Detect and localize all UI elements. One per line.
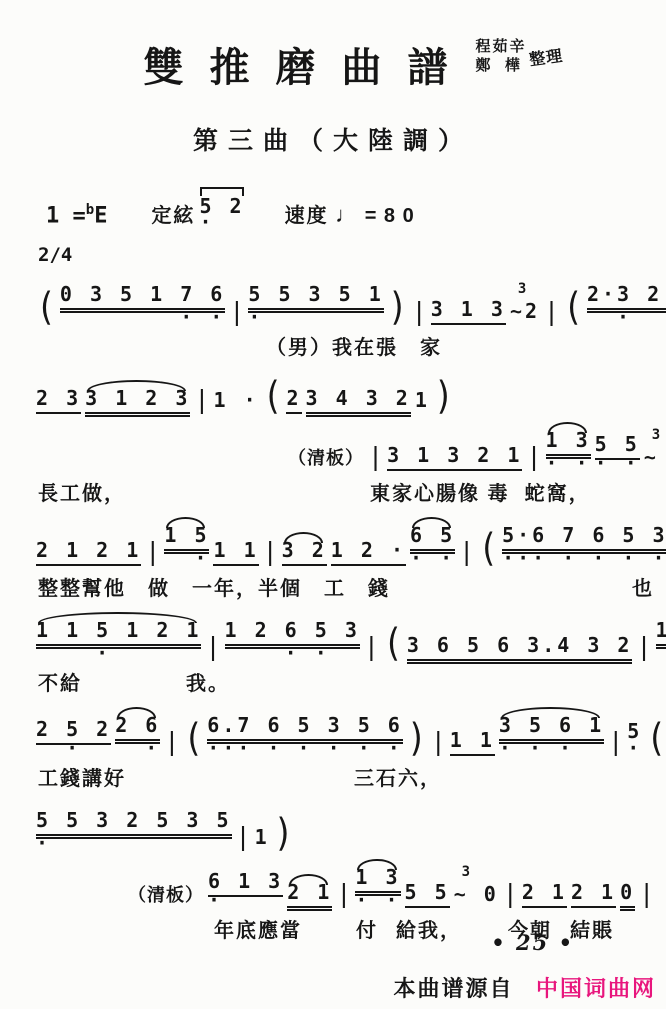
note-group: 1 2 · (331, 540, 406, 566)
section-label: （清板） (128, 886, 204, 908)
note-group: 1 1 (213, 540, 258, 566)
key-tempo-line: 1 =bE 定絃 5 2 · 速度 ♩ = 8 0 (46, 187, 648, 228)
source-prefix: 本曲谱源自 (394, 976, 514, 1001)
note-group: 1 6 1 2 3 · (656, 620, 666, 661)
note-group: 3 1 3 2 1 (387, 445, 522, 471)
lyric-segment: 長工做， (38, 477, 126, 506)
barline: | (368, 444, 383, 470)
octave-dots: · · (595, 460, 640, 471)
lyric-segment: 也 (632, 572, 654, 601)
page-title: 雙推磨曲譜 (143, 36, 473, 93)
note-group: 5 5 3 5 1· (248, 284, 383, 325)
lyric-row: 長工做，東家心腸像 毒 蛇窩， (18, 475, 648, 509)
lyric-segment: 給我， (396, 914, 462, 943)
note-group: 1 · (213, 390, 258, 414)
music-row: （清板）|3 1 3 2 1|1 3· ·5 5· ·3∼ 0| (286, 414, 648, 471)
ornament-number: 3 (518, 281, 526, 297)
barline: | (229, 299, 244, 325)
lyric-segment: 東家心腸像 毒 蛇窩， (370, 477, 591, 506)
lyric-row: （男）我在張 家 (18, 329, 648, 363)
tuning: 定絃 5 2 · (151, 187, 244, 228)
barline: | (608, 729, 623, 755)
note-group: 5 5 (405, 882, 450, 908)
music-row: （清板）6 1 3·2 1|1 3· ·5 53∼ 0|2 12 10| (126, 851, 648, 908)
paren: ) (434, 379, 454, 414)
note-group: 0 (620, 882, 635, 908)
lyric-row: 不給我。 (18, 665, 648, 699)
note-group: 0 3 5 1 7 6 · · (60, 284, 225, 325)
barline: | (263, 539, 278, 565)
note-group: 3∼ 0 (454, 884, 499, 908)
note-group: 3 4 3 2 (306, 388, 411, 414)
barline: | (205, 634, 220, 660)
barline: | (236, 824, 251, 850)
note-group: 6 5· · (410, 525, 455, 566)
note-group: 3∼2 (510, 301, 540, 325)
ornament-number: 3 (652, 427, 660, 443)
paren: ( (646, 721, 666, 756)
arranger-names: 程茹辛 鄭 樺 (475, 38, 526, 76)
note-group: 2 (286, 388, 301, 414)
note-group: 2·3 2 5 6 1 2 · (587, 284, 666, 325)
music-row: 1 1 5 1 2 1 ·|1 2 6 5 3 · ·|(3 6 5 6 3.4… (34, 604, 648, 661)
note-group: 2 3 (36, 388, 81, 414)
paren: ( (383, 626, 403, 661)
note-group: 2 5 2 · (36, 719, 111, 756)
arranger-role: 整理 (527, 43, 564, 71)
music-row: 5 5 3 2 5 3 5·|1) (34, 794, 648, 851)
tempo: 速度 ♩ = 8 0 (285, 199, 415, 228)
note-group: 2 1 (287, 882, 332, 908)
barline: | (336, 881, 351, 907)
music-row: (0 3 5 1 7 6 · ·|5 5 3 5 1·)|3 1 33∼2|(2… (34, 268, 648, 325)
lyric-row: 整整幫他 做 一年，半個 工 錢也 (18, 570, 648, 604)
note-group: 5·6 7 6 5 3 5 6··· · · · · · · (502, 525, 666, 566)
note-group: 3 1 3 (431, 299, 506, 325)
barline: | (636, 634, 651, 660)
paren: ( (478, 531, 498, 566)
paren: ( (183, 721, 203, 756)
lyric-segment: 我。 (186, 667, 230, 696)
note-group: 3 2 (282, 540, 327, 566)
paren: ) (407, 721, 427, 756)
paren: ) (274, 816, 294, 851)
source-site-name: 中国词曲网 (536, 976, 656, 1001)
key-signature: 1 =bE (46, 202, 107, 228)
lyric-segment: 年底應當 (214, 914, 302, 943)
music-row: 2 33 1 2 3|1 ·(23 4 3 21) (34, 363, 648, 414)
lyric-segment: 工錢講好 (38, 762, 126, 791)
note-group: 1 1 5 1 2 1 · (36, 620, 201, 661)
time-signature: 2/4 (38, 244, 648, 266)
lyric-segment: 三石六， (354, 762, 442, 791)
note-group: 1 3· · (355, 867, 400, 908)
note-group: 3∼ 0 (644, 447, 666, 471)
barline: | (503, 881, 518, 907)
lyric-segment: 付 (356, 914, 378, 943)
barline: | (412, 299, 427, 325)
note-group: 3 5 6 1· · · (499, 715, 604, 756)
lyric-segment: 不給 (38, 667, 82, 696)
note-group: 2 1 2 1 (36, 540, 141, 566)
quarter-note-icon: ♩ (335, 202, 358, 227)
barline: | (459, 539, 474, 565)
barline: | (164, 729, 179, 755)
note-group: 1 1 (450, 730, 495, 756)
lyric-segment: 結賬 (570, 914, 614, 943)
barline: | (364, 634, 379, 660)
note-group: 6 1 3· (208, 871, 283, 908)
paren: ) (388, 290, 408, 325)
note-group: 5· (627, 721, 642, 756)
tempo-label: 速度 (285, 205, 329, 227)
octave-dots: · (36, 745, 111, 756)
note-group: 1 3· · (546, 430, 591, 471)
note-group: 2 1 (571, 882, 616, 908)
note-group: 3 1 2 3 (85, 388, 190, 414)
lyric-segment: （男）我在張 家 (266, 331, 442, 360)
note-group: 2 1 (522, 882, 567, 908)
note-group: 1 (415, 390, 430, 414)
barline: | (544, 299, 559, 325)
arranger-name-2: 鄭 樺 (475, 57, 526, 76)
tuning-notes: 5 2 · (199, 187, 244, 228)
tuning-label: 定絃 (151, 199, 195, 228)
paren: ( (36, 290, 56, 325)
source-credit: 本曲谱源自 中国词曲网 (0, 972, 666, 1003)
note-group: 3 6 5 6 3.4 3 2 (407, 635, 633, 661)
barline: | (526, 444, 541, 470)
music-row: 2 5 2 ·2 6 ·|(6.7 6 5 3 5 6··· · · · · ·… (34, 699, 648, 756)
note-group: 6.7 6 5 3 5 6··· · · · · · (207, 715, 403, 756)
note-group: 5 5 3 2 5 3 5· (36, 810, 232, 851)
barline: | (639, 881, 654, 907)
page-number: • 25 • (491, 930, 574, 955)
octave-dots: · (627, 745, 642, 756)
music-row: 2 1 2 1|1 5 ·1 1|3 21 2 ·6 5· ·|(5·6 7 6… (34, 509, 648, 566)
arranger-block: 程茹辛 鄭 樺 整理 (475, 38, 562, 76)
note-group: 5 5· · (595, 434, 640, 471)
barline: | (431, 729, 446, 755)
title-row: 雙推磨曲譜 程茹辛 鄭 樺 整理 (18, 36, 648, 93)
lyric-segment: 整整幫他 做 一年，半個 工 錢 (38, 572, 390, 601)
ornament-number: 3 (462, 864, 470, 880)
paren: ( (563, 290, 583, 325)
score-page: 雙推磨曲譜 程茹辛 鄭 樺 整理 第三曲（大陸調） 1 =bE 定絃 5 2 ·… (0, 0, 666, 1009)
octave-dots: · (208, 897, 283, 908)
lyric-row: 工錢講好三石六， (18, 760, 648, 794)
note-group: 1 (255, 827, 270, 851)
tempo-value: = 8 0 (365, 205, 415, 227)
barline: | (145, 539, 160, 565)
arranger-name-1: 程茹辛 (475, 38, 526, 57)
note-group: 2 6 · (115, 715, 160, 756)
score-body: (0 3 5 1 7 6 · ·|5 5 3 5 1·)|3 1 33∼2|(2… (18, 268, 648, 946)
song-subtitle: 第三曲（大陸調） (18, 121, 648, 157)
note-group: 1 2 6 5 3 · · (225, 620, 360, 661)
note-group: 1 5 · (164, 525, 209, 566)
section-label: （清板） (288, 449, 364, 471)
barline: | (194, 387, 209, 413)
paren: ( (263, 379, 283, 414)
